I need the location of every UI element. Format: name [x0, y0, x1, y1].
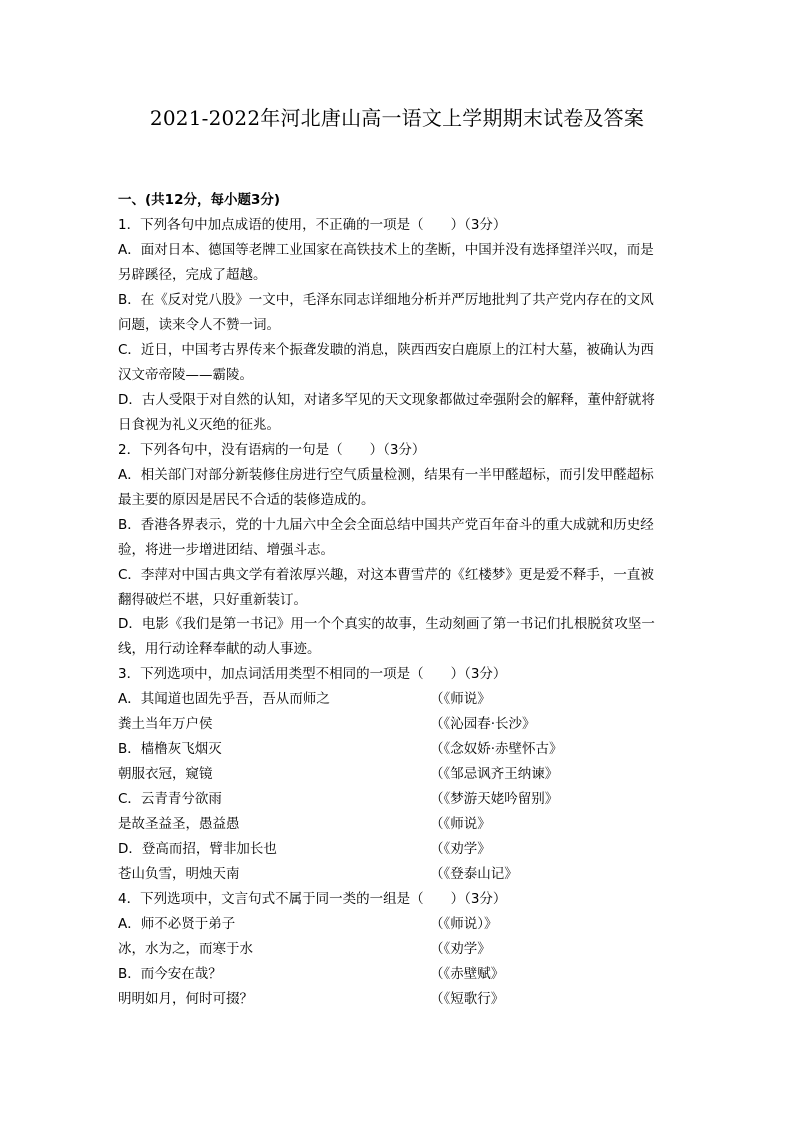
q4-sentence: 明明如月，何时可掇？	[118, 987, 430, 1012]
q4-sentence: 冰，水为之，而寒于水	[118, 937, 430, 962]
q4-sentence: A．师不必贤于弟子	[118, 912, 430, 937]
q3-row: 是故圣益圣，愚益愚 （《师说》	[118, 812, 678, 837]
option-text: A．相关部门对部分新装修住房进行空气质量检测，结果有一半甲醛超标，而引发甲醛超标	[118, 463, 678, 488]
q3-source: （《沁园春·长沙》	[430, 712, 536, 737]
option-text: 问题，读来令人不赞一词。	[118, 313, 678, 338]
q3-row: A．其闻道也固先乎吾，吾从而师之 （《师说》	[118, 687, 678, 712]
q3-row: B．樯橹灰飞烟灭 （《念奴娇·赤壁怀古》	[118, 737, 678, 762]
q3-sentence: 是故圣益圣，愚益愚	[118, 812, 430, 837]
q4-source: （《短歌行》	[430, 987, 504, 1012]
q4-source: （《劝学》	[430, 937, 491, 962]
q3-sentence: 苍山负雪，明烛天南	[118, 862, 430, 887]
q3-sentence: A．其闻道也固先乎吾，吾从而师之	[118, 687, 430, 712]
question-2-stem: 2．下列各句中，没有语病的一句是（ ）（3分）	[118, 438, 678, 463]
q3-source: （《师说》	[430, 812, 491, 837]
option-text: B．在《反对党八股》一文中，毛泽东同志详细地分析并严厉地批判了共产党内存在的文风	[118, 288, 678, 313]
q4-sentence: B．而今安在哉？	[118, 962, 430, 987]
question-4-stem: 4．下列选项中，文言句式不属于同一类的一组是（ ）（3分）	[118, 887, 678, 912]
option-text: 最主要的原因是居民不合适的装修造成的。	[118, 488, 678, 513]
q4-source: （《师说）》	[430, 912, 498, 937]
q3-row: C．云青青兮欲雨 （《梦游天姥吟留别》	[118, 787, 678, 812]
document-title: 2021-2022年河北唐山高一语文上学期期末试卷及答案	[0, 104, 794, 132]
option-text: C．近日，中国考古界传来个振聋发聩的消息，陕西西安白鹿原上的江村大墓，被确认为西	[118, 338, 678, 363]
q4-row: 冰，水为之，而寒于水 （《劝学》	[118, 937, 678, 962]
q3-source: （《邹忌讽齐王纳谏》	[430, 762, 558, 787]
option-text: D．古人受限于对自然的认知，对诸多罕见的天文现象都做过牵强附会的解释，董仲舒就将	[118, 388, 678, 413]
q3-sentence: 朝服衣冠，窥镜	[118, 762, 430, 787]
option-text: B．香港各界表示，党的十九届六中全会全面总结中国共产党百年奋斗的重大成就和历史经	[118, 513, 678, 538]
q3-sentence: B．樯橹灰飞烟灭	[118, 737, 430, 762]
section-heading: 一、(共12分，每小题3分)	[118, 188, 678, 213]
q3-sentence: C．云青青兮欲雨	[118, 787, 430, 812]
q3-source: （《登泰山记》	[430, 862, 518, 887]
option-text: 另辟蹊径，完成了超越。	[118, 263, 678, 288]
option-text: 翻得破烂不堪，只好重新装订。	[118, 588, 678, 613]
q4-row: B．而今安在哉？ （《赤壁赋》	[118, 962, 678, 987]
q3-sentence: 粪土当年万户侯	[118, 712, 430, 737]
q3-source: （《师说》	[430, 687, 491, 712]
option-text: 汉文帝帝陵——霸陵。	[118, 363, 678, 388]
q3-source: （《梦游天姥吟留别》	[430, 787, 558, 812]
q4-row: 明明如月，何时可掇？ （《短歌行》	[118, 987, 678, 1012]
q3-row: 苍山负雪，明烛天南 （《登泰山记》	[118, 862, 678, 887]
option-text: 日食视为礼义灭绝的征兆。	[118, 413, 678, 438]
option-text: C．李萍对中国古典文学有着浓厚兴趣，对这本曹雪芹的《红楼梦》更是爱不释手，一直被	[118, 563, 678, 588]
question-3-stem: 3．下列选项中，加点词活用类型不相同的一项是（ ）（3分）	[118, 662, 678, 687]
q3-source: （《劝学》	[430, 837, 491, 862]
option-text: A．面对日本、德国等老牌工业国家在高铁技术上的垄断，中国并没有选择望洋兴叹，而是	[118, 238, 678, 263]
option-text: 验，将进一步增进团结、增强斗志。	[118, 538, 678, 563]
q3-source: （《念奴娇·赤壁怀古》	[430, 737, 563, 762]
q3-row: D．登高而招，臂非加长也 （《劝学》	[118, 837, 678, 862]
question-1-stem: 1．下列各句中加点成语的使用，不正确的一项是（ ）（3分）	[118, 213, 678, 238]
q4-source: （《赤壁赋》	[430, 962, 504, 987]
q3-row: 朝服衣冠，窥镜 （《邹忌讽齐王纳谏》	[118, 762, 678, 787]
exam-content: 一、(共12分，每小题3分) 1．下列各句中加点成语的使用，不正确的一项是（ ）…	[118, 188, 678, 1012]
q3-row: 粪土当年万户侯 （《沁园春·长沙》	[118, 712, 678, 737]
q4-row: A．师不必贤于弟子 （《师说）》	[118, 912, 678, 937]
option-text: 线，用行动诠释奉献的动人事迹。	[118, 637, 678, 662]
q3-sentence: D．登高而招，臂非加长也	[118, 837, 430, 862]
option-text: D．电影《我们是第一书记》用一个个真实的故事，生动刻画了第一书记们扎根脱贫攻坚一	[118, 612, 678, 637]
